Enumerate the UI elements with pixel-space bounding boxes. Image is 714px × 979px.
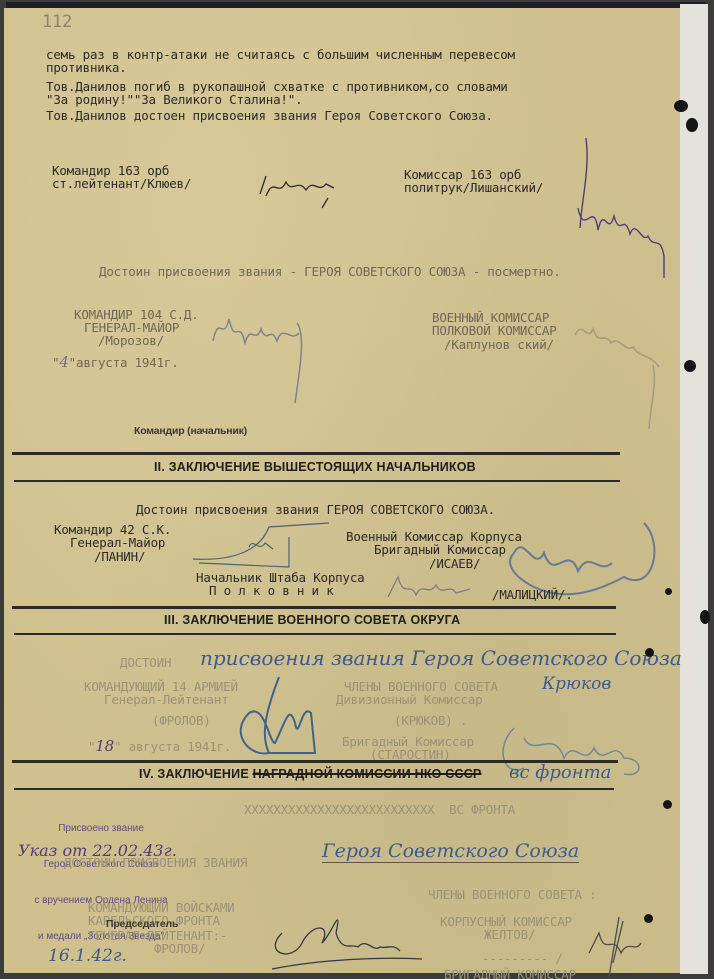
division-commissar-name: /Каплунов ский/ — [444, 338, 554, 352]
binding-margin-strip — [680, 4, 708, 974]
frolov-signature-2 — [262, 893, 432, 973]
lishansky-signature — [564, 138, 674, 278]
blank-signature-line: --------- / — [482, 952, 563, 966]
section-3-typed-conclusion: ДОСТОИН — [120, 656, 171, 670]
section-4-typed-conclusion: ДОСТОИН ПРИСВОЕНИЯ ЗВАНИЯ — [64, 856, 247, 870]
binding-hole — [665, 588, 672, 595]
page-number: 112 — [42, 15, 72, 29]
document-page: 112 семь раз в контр-атаки не считаясь с… — [4, 8, 680, 973]
panin-signature — [189, 523, 319, 568]
division-commissar-rank: Дивизионный Комиссар — [336, 693, 483, 707]
morozov-signature — [209, 303, 329, 408]
section-rule — [12, 452, 620, 455]
binding-hole — [684, 360, 696, 372]
corps-commissar-rank: Бригадный Комиссар — [374, 543, 506, 557]
division-date: "4"августа 1941г. — [52, 355, 179, 370]
section-rule — [14, 633, 616, 635]
kryukov-signature: Крюков — [542, 674, 611, 694]
section-3-handwritten-conclusion: присвоения звания Героя Советского Союза — [200, 646, 682, 670]
army-commander-name: (ФРОЛОВ) — [152, 714, 211, 728]
section-4-heading: IV. ЗАКЛЮЧЕНИЕ НАГРАДНОЙ КОМИССИИ НКО СС… — [139, 767, 481, 781]
narrative-line: "За родину!""За Великого Сталина!". — [46, 93, 302, 107]
division-commissar-name: (КРЮКОВ) . — [394, 714, 467, 728]
section-3-heading: III. ЗАКЛЮЧЕНИЕ ВОЕННОГО СОВЕТА ОКРУГА — [164, 613, 460, 627]
army-date: "18" августа 1941г. — [88, 739, 231, 754]
division-commander-name: /Морозов/ — [98, 334, 164, 348]
corps-commissar-name-iv: ЖЕЛТОВ/ — [484, 928, 535, 942]
binding-hole — [686, 118, 698, 132]
binding-hole — [644, 914, 653, 923]
section-rule — [14, 788, 614, 790]
struck-typed-line: XXXXXXXXXXXXXXXXXXXXXXXXXX ВС ФРОНТА — [244, 803, 515, 817]
frolov-signature-1 — [229, 673, 319, 763]
division-commissar-rank: ПОЛКОВОЙ КОМИССАР — [432, 324, 557, 338]
section-2-heading: II. ЗАКЛЮЧЕНИЕ ВЫШЕСТОЯЩИХ НАЧАЛЬНИКОВ — [154, 460, 476, 474]
chief-of-staff-name: /МАЛИЦКИЙ/. — [492, 588, 573, 602]
army-commander-rank: Генерал-Лейтенант — [104, 693, 229, 707]
section-2-conclusion: Достоин присвоения звания ГЕРОЯ СОВЕТСКО… — [136, 503, 495, 517]
narrative-line: противника. — [46, 61, 127, 75]
binding-hole — [663, 800, 672, 809]
unit-commander-name: ст.лейтенант/Клюев/ — [52, 177, 191, 191]
front-commander-name: ФРОЛОВ/ — [154, 942, 205, 956]
chief-of-staff-rank: П о л к о в н и к — [209, 584, 334, 598]
section-4-handwritten-conclusion: Героя Советского Союза — [322, 840, 579, 863]
corps-commander-rank: Генерал-Майор — [70, 536, 165, 550]
binding-hole — [674, 100, 688, 112]
narrative-line: Тов.Данилов достоен присвоения звания Ге… — [46, 109, 493, 123]
unit-commissar-name: политрук/Лишанский/ — [404, 181, 543, 195]
corps-commissar-name: /ИСАЕВ/ — [429, 557, 480, 571]
division-conclusion: Достоин присвоения звания - ГЕРОЯ СОВЕТС… — [99, 265, 561, 279]
klyuev-signature — [256, 168, 356, 208]
binding-hole — [700, 610, 710, 624]
malitsky-signature — [384, 573, 494, 603]
section-4-handwritten-heading: вс фронта — [509, 762, 611, 783]
section-rule — [14, 480, 620, 482]
binding-hole — [645, 648, 654, 657]
section-4-date: 16.1.42г. — [48, 946, 127, 966]
form-label-commander: Командир (начальник) — [134, 424, 247, 438]
front-council-title: ЧЛЕНЫ ВОЕННОГО СОВЕТА : — [428, 888, 597, 902]
corps-commander-name: /ПАНИН/ — [94, 550, 145, 564]
kaplunovsky-signature — [569, 313, 669, 433]
brigade-commissar-rank-iv: БРИГАДНЫЙ КОМИССАР — [444, 968, 576, 979]
section-rule — [12, 606, 616, 609]
